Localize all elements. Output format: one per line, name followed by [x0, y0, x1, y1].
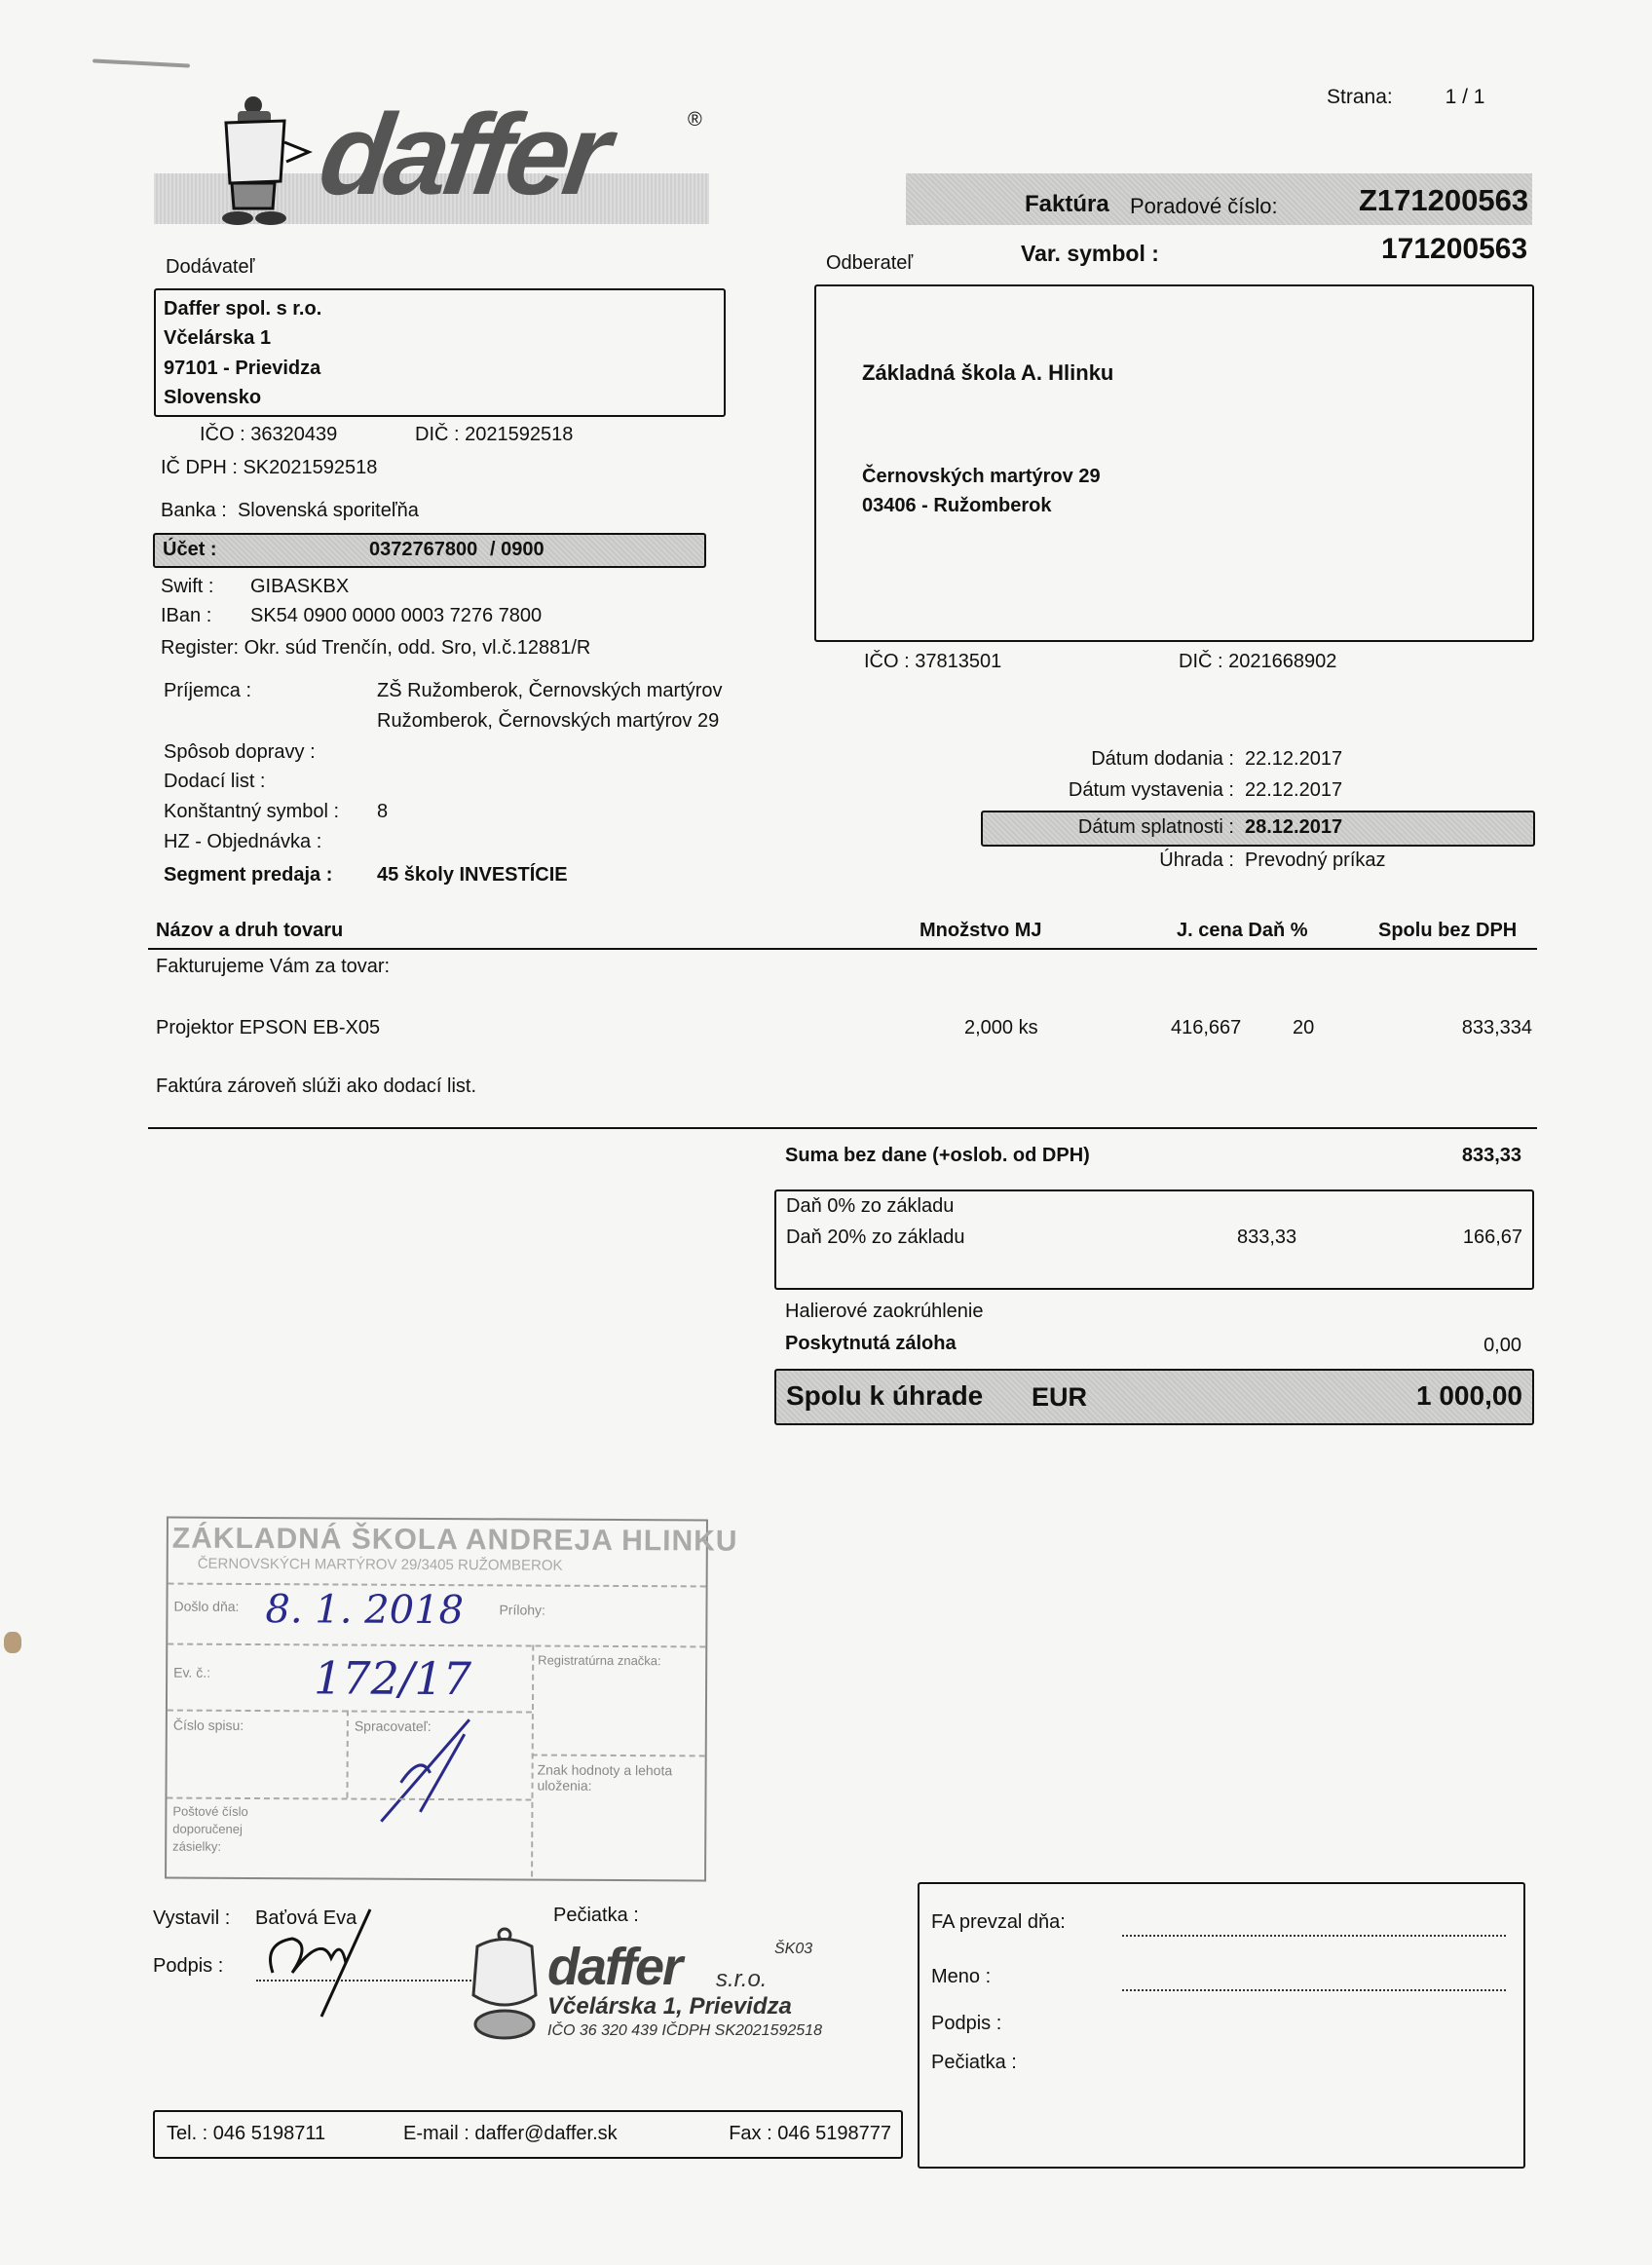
var-symbol: 171200563: [1381, 233, 1527, 266]
stamp-code: ŠK03: [774, 1941, 812, 1958]
tax0-label: Daň 0% zo základu: [786, 1195, 954, 1218]
staple-mark: [93, 58, 190, 67]
issued-by-label: Vystavil :: [153, 1907, 230, 1930]
delivery-date: 22.12.2017: [1245, 748, 1342, 771]
signature-label: Podpis :: [153, 1955, 223, 1978]
stamp-mascot-icon: [458, 1927, 550, 2044]
items-note: Faktúra zároveň slúži ako dodací list.: [156, 1076, 476, 1098]
stamp-file-no-label: Číslo spisu:: [173, 1718, 244, 1733]
subtotal-label: Suma bez dane (+oslob. od DPH): [785, 1145, 1090, 1167]
received-date-line[interactable]: [1122, 1935, 1506, 1937]
account-number: 0372767800: [369, 539, 477, 561]
customer-dic: DIČ : 2021668902: [1179, 651, 1336, 673]
receiver-stamp-label: Pečiatka :: [931, 2052, 1017, 2074]
currency: EUR: [1032, 1382, 1087, 1413]
delivery-note-label: Dodací list :: [164, 771, 265, 793]
table-footer-rule: [148, 1127, 1537, 1129]
registry-stamp: ZÁKLADNÁ ŠKOLA ANDREJA HLINKU ČERNOVSKÝC…: [165, 1517, 708, 1882]
segment-label: Segment predaja :: [164, 864, 332, 887]
supplier-register: Register: Okr. súd Trenčín, odd. Sro, vl…: [161, 637, 590, 660]
supplier-city: 97101 - Prievidza: [164, 358, 320, 380]
constant-symbol-label: Konštantný symbol :: [164, 801, 339, 823]
stamp-suffix: s.r.o.: [716, 1966, 767, 1993]
supplier-icdph: IČ DPH : SK2021592518: [161, 457, 377, 479]
supplier-swift: Swift :GIBASKBX: [161, 576, 213, 598]
registered-mark: ®: [688, 109, 702, 132]
grand-total-value: 1 000,00: [1416, 1380, 1522, 1412]
page-value: 1 / 1: [1445, 86, 1485, 108]
tax20-base: 833,33: [1237, 1227, 1296, 1249]
page-label: Strana:: [1327, 86, 1393, 108]
item-total: 833,334: [1364, 1017, 1532, 1039]
col-header-total: Spolu bez DPH: [1378, 920, 1517, 942]
constant-symbol: 8: [377, 801, 388, 823]
tax-breakdown-box: Daň 0% zo základu Daň 20% zo základu 833…: [774, 1189, 1534, 1290]
supplier-ico: IČO : 36320439: [200, 424, 337, 446]
supplier-bank: Banka : Slovenská sporiteľňa: [161, 500, 419, 522]
subtotal-value: 833,33: [1364, 1145, 1521, 1167]
invoice-number-label: Poradové číslo:: [1130, 194, 1278, 219]
issue-date-label: Dátum vystavenia :: [974, 779, 1234, 802]
supplier-street: Včelárska 1: [164, 327, 271, 350]
receipt-box: FA prevzal dňa: Meno : Podpis : Pečiatka…: [918, 1882, 1525, 2169]
customer-ico: IČO : 37813501: [864, 651, 1001, 673]
segment-value: 45 školy INVESTÍCIE: [377, 864, 568, 887]
footer-fax: Fax : 046 5198777: [729, 2123, 891, 2145]
stamp-reg-no-label: Ev. č.:: [173, 1665, 210, 1680]
recipient-label: Príjemca :: [164, 680, 251, 702]
stamp-received-date: 8. 1. 2018: [265, 1587, 464, 1633]
supplier-address-box: Daffer spol. s r.o. Včelárska 1 97101 - …: [154, 288, 726, 417]
supplier-name: Daffer spol. s r.o.: [164, 298, 321, 321]
footer-tel: Tel. : 046 5198711: [167, 2123, 325, 2145]
stamp-received-label: Došlo dňa:: [173, 1599, 239, 1614]
stamp-value-label: Znak hodnoty a lehota uloženia:: [537, 1762, 683, 1794]
stamp-ids: IČO 36 320 439 IČDPH SK2021592518: [547, 2022, 822, 2040]
stamp-attachments-label: Prílohy:: [499, 1602, 545, 1617]
supplier-account-box: Účet : 0372767800 / 0900: [153, 533, 706, 568]
footer-email[interactable]: E-mail : daffer@daffer.sk: [403, 2123, 618, 2145]
items-intro: Fakturujeme Vám za tovar:: [156, 956, 390, 978]
supplier-iban: IBan :SK54 0900 0000 0003 7276 7800: [161, 605, 211, 627]
bank-code: / 0900: [490, 539, 544, 561]
issuer-signature: [253, 1905, 399, 2021]
receiver-name-line[interactable]: [1122, 1989, 1506, 1991]
col-header-price-tax: J. cena Daň %: [1177, 920, 1308, 942]
item-tax: 20: [1293, 1017, 1314, 1039]
stamp-address: Včelárska 1, Prievidza: [547, 1993, 792, 2020]
stamp-mail-no-label: Poštové číslo doporučenej zásielky:: [172, 1803, 280, 1857]
due-date-label: Dátum splatnosti :: [974, 816, 1234, 839]
tax20-amount: 166,67: [1463, 1227, 1522, 1249]
logo-wordmark: daffer: [314, 97, 612, 212]
customer-city: 03406 - Ružomberok: [862, 495, 1052, 517]
stamp-school: ZÁKLADNÁ ŠKOLA ANDREJA HLINKU: [172, 1523, 738, 1559]
recipient-line1: ZŠ Ružomberok, Černovských martýrov: [377, 680, 723, 702]
stamp-reg-no: 172/17: [314, 1651, 471, 1705]
transport-label: Spôsob dopravy :: [164, 741, 316, 764]
delivery-date-label: Dátum dodania :: [974, 748, 1234, 771]
var-symbol-label: Var. symbol :: [1021, 241, 1159, 267]
issue-date: 22.12.2017: [1245, 779, 1342, 802]
customer-address-box: Základná škola A. Hlinku Černovských mar…: [814, 284, 1534, 642]
advance-label: Poskytnutá záloha: [785, 1333, 957, 1355]
contact-footer-box: Tel. : 046 5198711 E-mail : daffer@daffe…: [153, 2110, 903, 2159]
rounding-label: Halierové zaokrúhlenie: [785, 1301, 983, 1323]
recipient-line2: Ružomberok, Černovských martýrov 29: [377, 710, 719, 733]
invoice-number: Z171200563: [1359, 183, 1528, 218]
order-label: HZ - Objednávka :: [164, 831, 321, 853]
page-counter: Strana: 1 / 1: [1327, 86, 1484, 109]
item-name: Projektor EPSON EB-X05: [156, 1017, 380, 1039]
item-qty: 2,000 ks: [964, 1017, 1038, 1039]
stamp-address: ČERNOVSKÝCH MARTÝROV 29/3405 RUŽOMBEROK: [198, 1556, 563, 1574]
supplier-country: Slovensko: [164, 387, 261, 409]
received-date-label: FA prevzal dňa:: [931, 1911, 1066, 1934]
handler-signature: [361, 1715, 479, 1832]
col-header-qty: Množstvo MJ: [920, 920, 1042, 942]
grand-total-box: Spolu k úhrade EUR 1 000,00: [774, 1369, 1534, 1425]
invoice-title: Faktúra: [1025, 191, 1109, 218]
item-unit-price: 416,667: [1171, 1017, 1241, 1039]
table-header-rule: [148, 948, 1537, 950]
stain-mark: [4, 1632, 21, 1653]
tax20-label: Daň 20% zo základu: [786, 1227, 964, 1249]
advance-value: 0,00: [1364, 1335, 1521, 1357]
stamp-brand: daffer: [547, 1937, 681, 1997]
customer-street: Černovských martýrov 29: [862, 466, 1101, 488]
payment-method-label: Úhrada :: [974, 849, 1234, 872]
col-header-name: Názov a druh tovaru: [156, 920, 343, 942]
payment-method: Prevodný príkaz: [1245, 849, 1386, 872]
receiver-name-label: Meno :: [931, 1966, 991, 1988]
supplier-heading: Dodávateľ: [166, 256, 254, 279]
customer-name: Základná škola A. Hlinku: [862, 360, 1113, 386]
grand-total-label: Spolu k úhrade: [786, 1380, 983, 1412]
due-date: 28.12.2017: [1245, 816, 1342, 839]
account-label: Účet :: [163, 539, 217, 561]
stamp-reg-mark-label: Registratúrna značka:: [538, 1653, 661, 1669]
stamp-label: Pečiatka :: [553, 1905, 639, 1927]
receiver-signature-label: Podpis :: [931, 2013, 1001, 2035]
supplier-dic: DIČ : 2021592518: [415, 424, 573, 446]
customer-heading: Odberateľ: [826, 252, 913, 275]
